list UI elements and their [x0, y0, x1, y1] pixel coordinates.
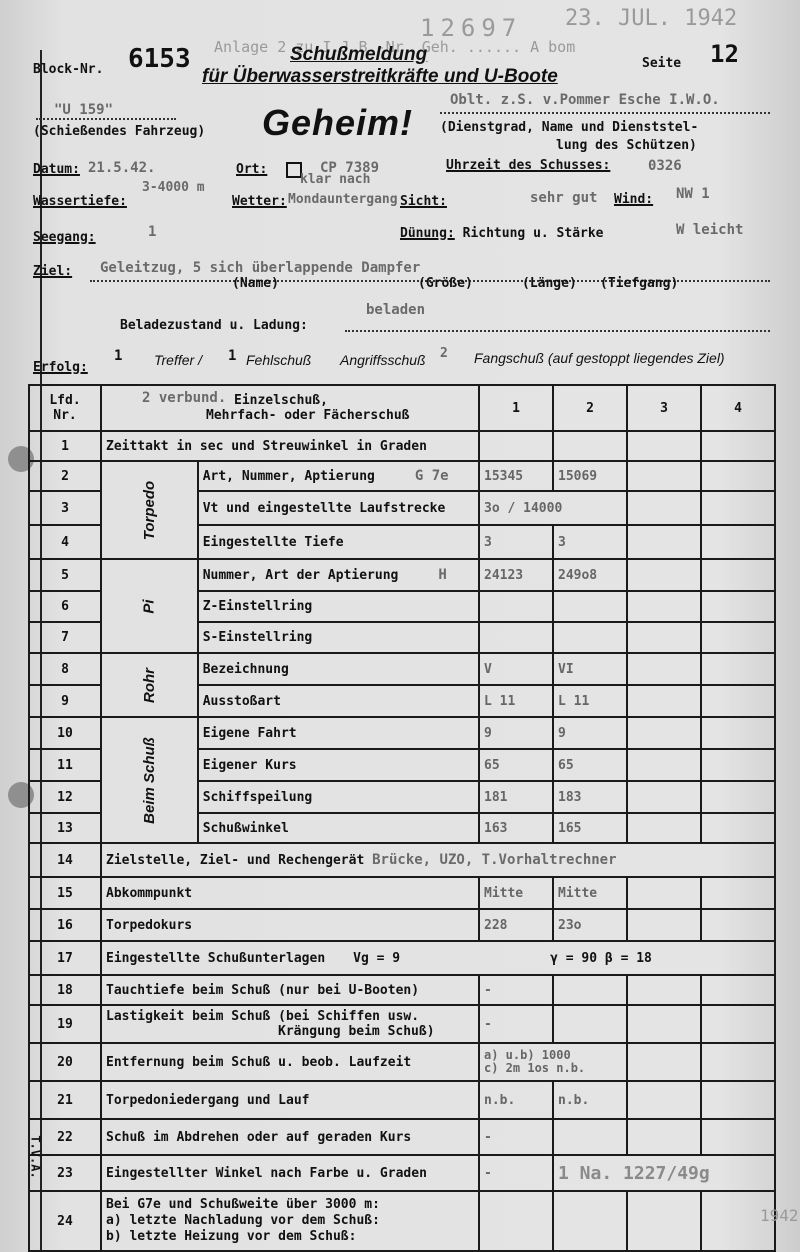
row-nr: 2	[29, 461, 101, 491]
header-lfd-nr: Lfd. Nr.	[29, 385, 101, 431]
cell: Mitte	[479, 877, 553, 909]
cell-line-2: c) 2m 1os n.b.	[484, 1062, 622, 1075]
cell	[627, 975, 701, 1005]
cell	[627, 685, 701, 717]
table-row: 10 Beim Schuß Eigene Fahrt 99	[29, 717, 775, 749]
cell: 15069	[553, 461, 627, 491]
row-label: Ausstoßart	[198, 685, 479, 717]
row-label: Schußwinkel	[198, 813, 479, 843]
cell	[553, 591, 627, 622]
row-label: Schiffspeilung	[198, 781, 479, 813]
row-nr: 17	[29, 941, 101, 975]
cell	[553, 431, 627, 461]
datum-label: Datum:	[33, 162, 80, 177]
row-label-line-3: b) letzte Heizung vor dem Schuß:	[106, 1229, 474, 1245]
row-label-line-1: Lastigkeit beim Schuß (bei Schiffen usw.	[106, 1009, 474, 1024]
row-label: Bei G7e und Schußweite über 3000 m:a) le…	[101, 1191, 479, 1251]
wind-label: Wind:	[614, 192, 653, 207]
cell: 183	[553, 781, 627, 813]
cell: L 11	[479, 685, 553, 717]
cell: 3o / 14000	[479, 491, 627, 525]
wassertiefe-label: Wassertiefe:	[33, 194, 127, 209]
cell	[627, 653, 701, 685]
shot-data-table: Lfd. Nr. 2 verbund. Einzelschuß, Mehrfac…	[28, 384, 776, 1252]
fehlschuss-label: Fehlschuß	[246, 352, 311, 368]
cell: 15345	[479, 461, 553, 491]
row-label: Vt und eingestellte Laufstrecke	[198, 491, 479, 525]
row-nr: 21	[29, 1081, 101, 1119]
row-nr: 13	[29, 813, 101, 843]
cell	[553, 975, 627, 1005]
cell	[627, 813, 701, 843]
duenung-value: W leicht	[676, 222, 743, 238]
block-nr-value: 6153	[128, 44, 191, 74]
cell	[627, 525, 701, 559]
cell: 23o	[553, 909, 627, 941]
sicht-label: Sicht:	[400, 194, 447, 209]
cell	[701, 653, 775, 685]
cell	[701, 559, 775, 591]
cell	[701, 685, 775, 717]
group-torpedo: Torpedo	[101, 461, 198, 559]
cell	[627, 781, 701, 813]
cell	[701, 1119, 775, 1155]
wetter-value-1: klar nach	[300, 172, 370, 187]
row-label: Schuß im Abdrehen oder auf geraden Kurs	[101, 1119, 479, 1155]
ziel-name-sublabel: (Name)	[232, 276, 279, 291]
row-label: Tauchtiefe beim Schuß (nur bei U-Booten)	[101, 975, 479, 1005]
cell: -	[479, 1005, 553, 1043]
cell: -	[479, 975, 553, 1005]
row-label: Torpedokurs	[101, 909, 479, 941]
row-nr: 18	[29, 975, 101, 1005]
group-rohr: Rohr	[101, 653, 198, 717]
cell	[701, 749, 775, 781]
row-label: S-Einstellring	[198, 622, 479, 653]
vessel-value: "U 159"	[54, 102, 113, 118]
group-pi: Pi	[101, 559, 198, 653]
table-row: 21 Torpedoniedergang und Lauf n.b.n.b.	[29, 1081, 775, 1119]
table-row: 15 Abkommpunkt MitteMitte	[29, 877, 775, 909]
treffer-label: Treffer /	[154, 352, 202, 368]
registry-number-stamp: 12697	[420, 14, 522, 42]
cell: 9	[553, 717, 627, 749]
cell	[627, 1081, 701, 1119]
cell	[701, 909, 775, 941]
duenung-text: Richtung u. Stärke	[463, 226, 604, 241]
shooter-label-1: (Dienstgrad, Name und Dienststel-	[440, 120, 698, 135]
uhrzeit-label: Uhrzeit des Schusses:	[446, 158, 610, 173]
cell	[701, 975, 775, 1005]
table-row: 2 Torpedo Art, Nummer, AptierungG 7e 153…	[29, 461, 775, 491]
row-nr: 8	[29, 653, 101, 685]
form-title: Schußmeldung	[290, 44, 427, 66]
row-nr: 10	[29, 717, 101, 749]
group-torpedo-label: Torpedo	[141, 480, 158, 539]
row-nr: 9	[29, 685, 101, 717]
beladezustand-label: Beladezustand u. Ladung:	[120, 318, 308, 333]
row-label: Torpedoniedergang und Lauf	[101, 1081, 479, 1119]
table-header-row: Lfd. Nr. 2 verbund. Einzelschuß, Mehrfac…	[29, 385, 775, 431]
row-nr: 16	[29, 909, 101, 941]
uhrzeit-value: 0326	[648, 158, 682, 174]
group-pi-label: Pi	[141, 599, 158, 613]
row-label-line-2: Krängung beim Schuß)	[106, 1024, 474, 1039]
shot-type-value: 2 verbund.	[142, 390, 226, 406]
row-label-text: Eingestellte Schußunterlagen	[106, 951, 325, 966]
cell	[479, 431, 553, 461]
cell	[553, 622, 627, 653]
cell: Mitte	[553, 877, 627, 909]
fangschuss-label: Fangschuß (auf gestoppt liegendes Ziel)	[474, 350, 725, 366]
row-nr: 19	[29, 1005, 101, 1043]
cell: 3	[479, 525, 553, 559]
registry-stamp: 1 Na. 1227/49g	[553, 1155, 775, 1191]
seite-label: Seite	[642, 56, 681, 71]
cell: n.b.	[553, 1081, 627, 1119]
group-beim-schuss-label: Beim Schuß	[141, 737, 158, 824]
table-row: 5 Pi Nummer, Art der AptierungH 24123249…	[29, 559, 775, 591]
date-stamp: 23. JUL. 1942	[565, 6, 737, 31]
beladezustand-value: beladen	[366, 302, 425, 318]
cell	[627, 1043, 701, 1081]
row-label: Eigener Kurs	[198, 749, 479, 781]
row-nr: 20	[29, 1043, 101, 1081]
table-row: 24 Bei G7e und Schußweite über 3000 m:a)…	[29, 1191, 775, 1251]
row-extra: G 7e	[415, 468, 449, 484]
table-row: 14 Zielstelle, Ziel- und Rechengerät Brü…	[29, 843, 775, 877]
row-label: Zeittakt in sec und Streuwinkel in Grade…	[101, 431, 479, 461]
row-label-text: Nummer, Art der Aptierung	[203, 568, 399, 583]
cell: 24123	[479, 559, 553, 591]
cell: VI	[553, 653, 627, 685]
cell	[553, 1005, 627, 1043]
cell	[627, 1005, 701, 1043]
secret-marking: Geheim!	[262, 102, 413, 144]
fehlschuss-count: 1	[228, 348, 236, 364]
cell	[627, 461, 701, 491]
cell	[627, 877, 701, 909]
table-row: 16 Torpedokurs 22823o	[29, 909, 775, 941]
cell	[701, 525, 775, 559]
row-label: Z-Einstellring	[198, 591, 479, 622]
ziel-groesse-sublabel: (Größe)	[418, 276, 473, 291]
wind-value: NW 1	[676, 186, 710, 202]
row-label: Lastigkeit beim Schuß (bei Schiffen usw.…	[101, 1005, 479, 1043]
row-label: Zielstelle, Ziel- und Rechengerät Brücke…	[101, 843, 775, 877]
cell: 65	[479, 749, 553, 781]
ziel-laenge-sublabel: (Länge)	[522, 276, 577, 291]
row-nr: 14	[29, 843, 101, 877]
row-label: Eingestellter Winkel nach Farbe u. Grade…	[101, 1155, 479, 1191]
cell: L 11	[553, 685, 627, 717]
cell	[627, 717, 701, 749]
table-row: 22 Schuß im Abdrehen oder auf geraden Ku…	[29, 1119, 775, 1155]
table-row: 8 Rohr Bezeichnung VVI	[29, 653, 775, 685]
row-nr: 24	[29, 1191, 101, 1251]
cell	[627, 749, 701, 781]
cell: -	[479, 1155, 553, 1191]
margin-note: T.V.A.	[29, 1135, 43, 1178]
row-label-text: Art, Nummer, Aptierung	[203, 469, 375, 484]
cell	[701, 431, 775, 461]
shooter-value: Oblt. z.S. v.Pommer Esche I.W.O.	[450, 92, 720, 108]
erfolg-label: Erfolg:	[33, 360, 88, 375]
row-label: Eigene Fahrt	[198, 717, 479, 749]
wassertiefe-value: 3-4000 m	[142, 180, 205, 195]
row-extra-2: γ = 90 β = 18	[550, 951, 652, 966]
cell	[701, 491, 775, 525]
cell	[627, 622, 701, 653]
vessel-label: (Schießendes Fahrzeug)	[33, 124, 205, 139]
header-shot-type: 2 verbund. Einzelschuß, Mehrfach- oder F…	[101, 385, 479, 431]
treffer-count: 1	[114, 348, 122, 364]
cell: 181	[479, 781, 553, 813]
row-nr: 4	[29, 525, 101, 559]
cell: 163	[479, 813, 553, 843]
seegang-value: 1	[148, 224, 156, 240]
ziel-label: Ziel:	[33, 264, 72, 279]
cell: n.b.	[479, 1081, 553, 1119]
column-4-header: 4	[701, 385, 775, 431]
row-label: Eingestellte SchußunterlagenVg = 9γ = 90…	[101, 941, 775, 975]
cell	[701, 877, 775, 909]
cell	[627, 431, 701, 461]
ort-label: Ort:	[236, 162, 267, 177]
seegang-label: Seegang:	[33, 230, 96, 245]
cell	[701, 781, 775, 813]
cell: -	[479, 1119, 553, 1155]
row-extra: Brücke, UZO, T.Vorhaltrechner	[372, 852, 616, 868]
duenung-label: Dünung: Richtung u. Stärke	[400, 226, 604, 241]
corner-year-stamp: 1942	[760, 1206, 799, 1225]
block-nr-label: Block-Nr.	[33, 62, 103, 77]
cell: a) u.b) 1000c) 2m 1os n.b.	[479, 1043, 627, 1081]
group-beim-schuss: Beim Schuß	[101, 717, 198, 843]
cell	[701, 591, 775, 622]
datum-value: 21.5.42.	[88, 160, 155, 176]
shot-type-label-2: Mehrfach- oder Fächerschuß	[106, 408, 474, 423]
cell	[701, 461, 775, 491]
group-rohr-label: Rohr	[141, 668, 158, 703]
row-nr: 11	[29, 749, 101, 781]
cell	[627, 559, 701, 591]
table-row: 19 Lastigkeit beim Schuß (bei Schiffen u…	[29, 1005, 775, 1043]
table-row: 18 Tauchtiefe beim Schuß (nur bei U-Boot…	[29, 975, 775, 1005]
cell	[627, 591, 701, 622]
wetter-label: Wetter:	[232, 194, 287, 209]
cell	[701, 1081, 775, 1119]
row-label: Abkommpunkt	[101, 877, 479, 909]
cell	[701, 717, 775, 749]
column-1-header: 1	[479, 385, 553, 431]
cell	[479, 622, 553, 653]
table-row: 23 Eingestellter Winkel nach Farbe u. Gr…	[29, 1155, 775, 1191]
cell: 249o8	[553, 559, 627, 591]
row-nr: 7	[29, 622, 101, 653]
angriffsschuss-label: Angriffsschuß	[340, 352, 426, 368]
cell: V	[479, 653, 553, 685]
row-nr: 12	[29, 781, 101, 813]
table-row: 20 Entfernung beim Schuß u. beob. Laufze…	[29, 1043, 775, 1081]
row-label: Eingestellte Tiefe	[198, 525, 479, 559]
cell: 165	[553, 813, 627, 843]
cell: 228	[479, 909, 553, 941]
row-label: Bezeichnung	[198, 653, 479, 685]
row-label-text: Zielstelle, Ziel- und Rechengerät	[106, 853, 364, 868]
cell	[627, 909, 701, 941]
row-nr: 15	[29, 877, 101, 909]
row-nr: 1	[29, 431, 101, 461]
form-subtitle: für Überwasserstreitkräfte und U-Boote	[202, 66, 558, 88]
document-page: Anlage 2 zu I.J.B.-Nr. Geh. ...... A bom…	[0, 0, 800, 1252]
row-label-line-2: a) letzte Nachladung vor dem Schuß:	[106, 1213, 474, 1229]
table-row: 17 Eingestellte SchußunterlagenVg = 9γ =…	[29, 941, 775, 975]
row-label: Entfernung beim Schuß u. beob. Laufzeit	[101, 1043, 479, 1081]
cell: 3	[553, 525, 627, 559]
column-3-header: 3	[627, 385, 701, 431]
row-nr: 3	[29, 491, 101, 525]
cell	[553, 1191, 627, 1251]
cell	[479, 591, 553, 622]
cell: 9	[479, 717, 553, 749]
seite-value: 12	[710, 40, 739, 68]
angriffsschuss-count: 2	[440, 346, 448, 361]
cell	[701, 622, 775, 653]
row-extra: Vg = 9	[353, 951, 400, 966]
cell	[701, 813, 775, 843]
row-label-line-1: Bei G7e und Schußweite über 3000 m:	[106, 1197, 474, 1213]
cell	[627, 1119, 701, 1155]
row-label: Nummer, Art der AptierungH	[198, 559, 479, 591]
duenung-label-text: Dünung:	[400, 226, 455, 241]
row-nr: 5	[29, 559, 101, 591]
column-2-header: 2	[553, 385, 627, 431]
sicht-value: sehr gut	[530, 190, 597, 206]
cell	[553, 1119, 627, 1155]
cell	[701, 1043, 775, 1081]
ziel-value: Geleitzug, 5 sich überlappende Dampfer	[100, 260, 420, 276]
cell	[627, 491, 701, 525]
row-nr: 6	[29, 591, 101, 622]
cell	[701, 1005, 775, 1043]
wetter-value-2: Mondauntergang	[288, 192, 398, 207]
ziel-tiefgang-sublabel: (Tiefgang)	[600, 276, 678, 291]
cell	[479, 1191, 553, 1251]
table-row: 1 Zeittakt in sec und Streuwinkel in Gra…	[29, 431, 775, 461]
row-label: Art, Nummer, AptierungG 7e	[198, 461, 479, 491]
cell	[627, 1191, 701, 1251]
cell: 65	[553, 749, 627, 781]
row-extra: H	[438, 567, 446, 583]
shooter-label-2: lung des Schützen)	[556, 138, 697, 153]
